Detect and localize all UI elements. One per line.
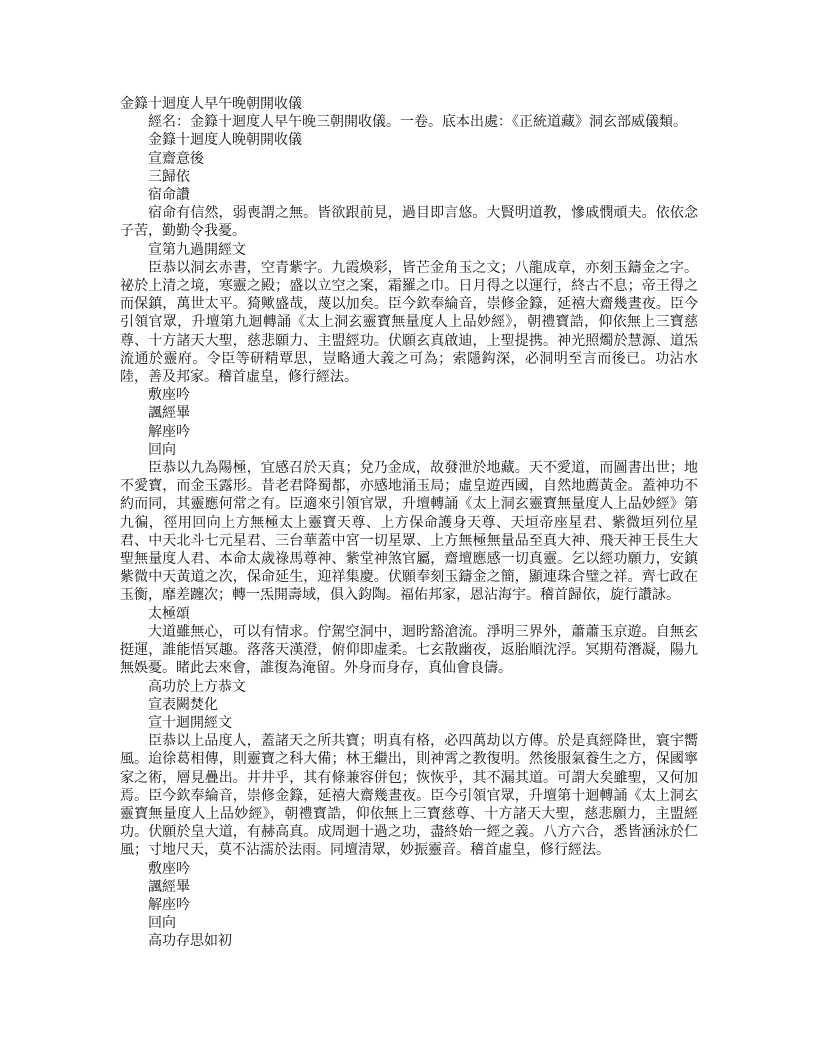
body-paragraph: 臣恭以上品度人，蓋諸天之所共寶；明真有格，必四萬劫以方傳。於是真經降世，寰宇嚮風… (120, 732, 698, 859)
section-heading: 解座吟 (120, 423, 698, 441)
section-heading: 宣齋意後 (120, 150, 698, 168)
section-heading: 解座吟 (120, 896, 698, 914)
section-heading: 諷經畢 (120, 878, 698, 896)
section-heading: 高功存思如初 (120, 932, 698, 950)
section-heading: 回向 (120, 441, 698, 459)
body-paragraph: 臣恭以九為陽極，宜感召於天真；兌乃金成，故發泄於地藏。天不愛道，而圖書出世；地不… (120, 459, 698, 605)
section-heading: 諷經畢 (120, 404, 698, 422)
section-heading: 敷座吟 (120, 860, 698, 878)
section-heading: 回向 (120, 914, 698, 932)
verse-paragraph: 宿命有信然，弱喪謂之無。皆欲跟前見，過目即言悠。大賢明道教，慘戚憫頑夫。依依念子… (120, 204, 698, 240)
verse-paragraph: 大道雖無心，可以有情求。佇駕空洞中，迴盻豁滄流。淨明三界外，蕭蕭玉京遊。自無玄挺… (120, 623, 698, 678)
body-paragraph: 臣恭以洞玄赤書，空青紫字。九霞煥彩，皆芒金角玉之文；八龍成章，亦刻玉鑄金之字。祕… (120, 259, 698, 386)
section-heading: 三歸依 (120, 168, 698, 186)
document-page: 金籙十迴度人早午晚朝開收儀 經名：金籙十迴度人早午晚三朝開收儀。一卷。底本出處：… (120, 95, 698, 951)
section-heading: 宿命讚 (120, 186, 698, 204)
section-heading: 太極頌 (120, 605, 698, 623)
section-heading: 宣第九過開經文 (120, 241, 698, 259)
section-heading: 宣表闕焚化 (120, 696, 698, 714)
document-title: 金籙十迴度人早午晚朝開收儀 (120, 95, 698, 113)
section-heading: 敷座吟 (120, 386, 698, 404)
source-note: 經名：金籙十迴度人早午晚三朝開收儀。一卷。底本出處：《正統道藏》洞玄部威儀類。 (120, 113, 698, 131)
section-heading: 高功於上方恭文 (120, 678, 698, 696)
section-heading: 宣十迴開經文 (120, 714, 698, 732)
section-heading: 金籙十迴度人晚朝開收儀 (120, 131, 698, 149)
